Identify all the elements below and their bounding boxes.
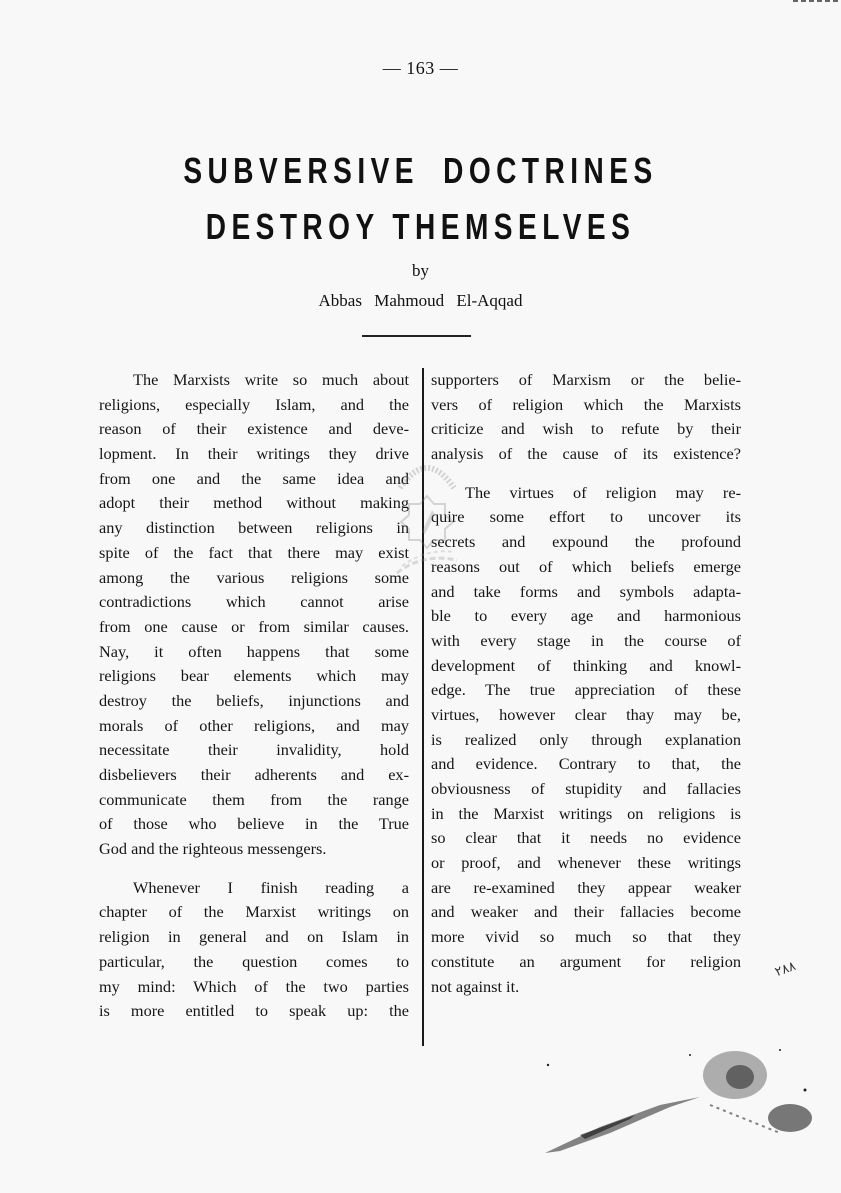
text-line: any distinction between religions in: [99, 516, 409, 541]
text-line: with every stage in the course of: [431, 629, 741, 654]
text-line: necessitate their invalidity, hold: [99, 738, 409, 763]
handwritten-margin-note: ۲۸۸: [773, 959, 798, 980]
text-line: disbelievers their adherents and ex-: [99, 763, 409, 788]
byline: by: [0, 261, 841, 281]
text-line: ble to every age and harmonious: [431, 604, 741, 629]
text-line: more vivid so much so that they: [431, 925, 741, 950]
page-number: — 163 —: [0, 58, 841, 79]
text-line: from one and the same idea and: [99, 467, 409, 492]
text-line: and weaker and their fallacies become: [431, 900, 741, 925]
text-line: from one cause or from similar causes.: [99, 615, 409, 640]
text-line: of those who believe in the True: [99, 812, 409, 837]
text-line: communicate them from the range: [99, 788, 409, 813]
author-name: Abbas Mahmoud El-Aqqad: [0, 291, 841, 311]
title-separator-rule: [362, 335, 471, 337]
left-paragraph-1: The Marxists write so much about religio…: [99, 368, 409, 862]
text-line: virtues, however clear thay may be,: [431, 703, 741, 728]
text-line: is realized only through explanation: [431, 728, 741, 753]
text-line: lopment. In their writings they drive: [99, 442, 409, 467]
text-line: quire some effort to uncover its: [431, 505, 741, 530]
text-line: The Marxists write so much about: [99, 368, 409, 393]
text-line: is more entitled to speak up: the: [99, 999, 409, 1024]
scan-smudge: [540, 1035, 820, 1165]
right-paragraph-1: supporters of Marxism or the belie- vers…: [431, 368, 741, 467]
text-line: are re-examined they appear weaker: [431, 876, 741, 901]
text-line: Nay, it often happens that some: [99, 640, 409, 665]
text-line: religions, especially Islam, and the: [99, 393, 409, 418]
text-line: reasons out of which beliefs emerge: [431, 555, 741, 580]
text-line: among the various religions some: [99, 566, 409, 591]
left-column: The Marxists write so much about religio…: [99, 368, 409, 1024]
text-line: supporters of Marxism or the belie-: [431, 368, 741, 393]
text-line: chapter of the Marxist writings on: [99, 900, 409, 925]
text-line: adopt their method without making: [99, 491, 409, 516]
text-line: reason of their existence and deve-: [99, 417, 409, 442]
text-line: my mind: Which of the two parties: [99, 975, 409, 1000]
text-line: edge. The true appreciation of these: [431, 678, 741, 703]
text-line: morals of other religions, and may: [99, 714, 409, 739]
text-line: spite of the fact that there may exist: [99, 541, 409, 566]
text-line: not against it.: [431, 975, 741, 1000]
left-paragraph-2: Whenever I finish reading a chapter of t…: [99, 876, 409, 1024]
text-line: obviousness of stupidity and fallacies: [431, 777, 741, 802]
text-line: destroy the beliefs, injunctions and: [99, 689, 409, 714]
text-line: constitute an argument for religion: [431, 950, 741, 975]
right-column: supporters of Marxism or the belie- vers…: [431, 368, 741, 999]
article-title-line-2: DESTROY THEMSELVES: [93, 209, 749, 245]
text-line: analysis of the cause of its existence?: [431, 442, 741, 467]
text-line: development of thinking and knowl-: [431, 654, 741, 679]
column-divider: [422, 368, 424, 1046]
scan-corner-mark: [793, 0, 841, 2]
scanned-page: — 163 — SUBVERSIVE DOCTRINES DESTROY THE…: [0, 0, 841, 1193]
text-line: secrets and expound the profound: [431, 530, 741, 555]
article-title-line-1: SUBVERSIVE DOCTRINES: [93, 153, 749, 189]
text-line: Whenever I finish reading a: [99, 876, 409, 901]
text-line: so clear that it needs no evidence: [431, 826, 741, 851]
text-line: God and the righteous messengers.: [99, 837, 409, 862]
text-line: contradictions which cannot arise: [99, 590, 409, 615]
right-paragraph-2: The virtues of religion may re- quire so…: [431, 481, 741, 999]
text-line: and take forms and symbols adapta-: [431, 580, 741, 605]
text-line: particular, the question comes to: [99, 950, 409, 975]
text-line: vers of religion which the Marxists: [431, 393, 741, 418]
text-line: religion in general and on Islam in: [99, 925, 409, 950]
text-line: in the Marxist writings on religions is: [431, 802, 741, 827]
text-line: The virtues of religion may re-: [431, 481, 741, 506]
text-line: criticize and wish to refute by their: [431, 417, 741, 442]
text-line: or proof, and whenever these writings: [431, 851, 741, 876]
text-line: religions bear elements which may: [99, 664, 409, 689]
text-line: and evidence. Contrary to that, the: [431, 752, 741, 777]
